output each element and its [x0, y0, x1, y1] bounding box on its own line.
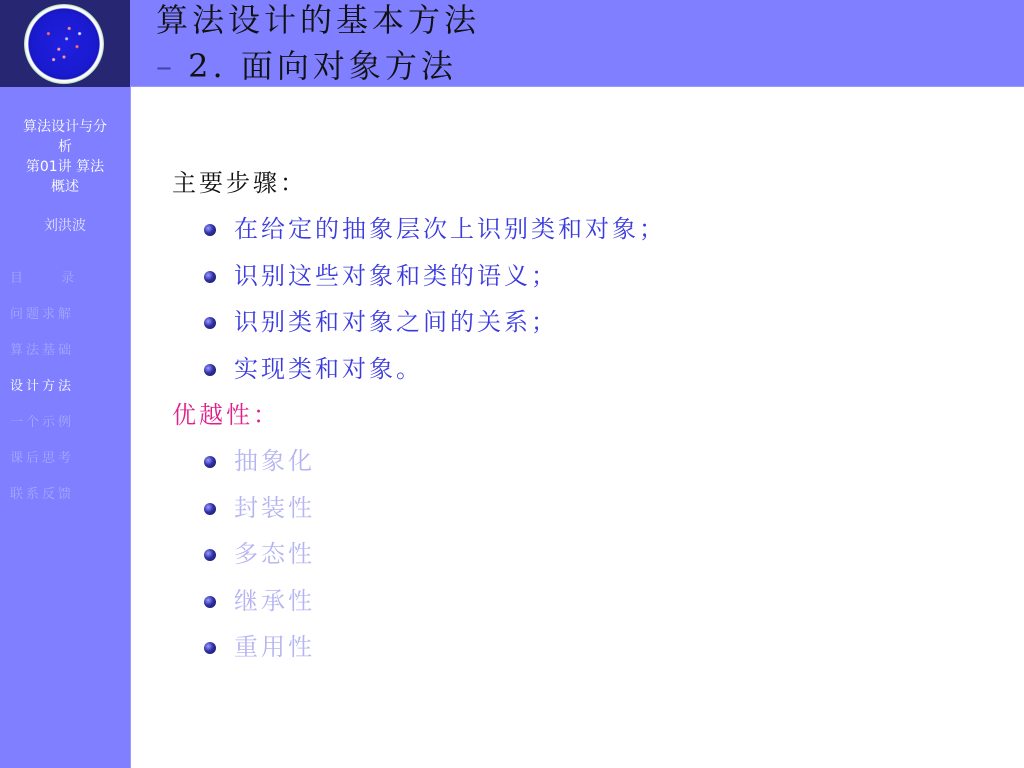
sidebar-nav: 目录 问题求解 算法基础 设计方法 一个示例 课后思考 联系反馈 — [10, 269, 125, 521]
list-item: 重用性 — [202, 624, 992, 671]
subtitle-dash: – — [156, 47, 174, 85]
list-item-text: 识别类和对象之间的关系； — [234, 308, 558, 336]
slide-title: 算法设计的基本方法 — [156, 0, 480, 40]
slide-header: 算法设计的基本方法 – 2. 面向对象方法 — [130, 0, 1024, 87]
list-item-text: 抽象化 — [234, 447, 315, 475]
advantages-list: 抽象化 封装性 多态性 继承性 重用性 — [172, 438, 992, 671]
course-title: 算法设计与分 析 第01讲 算法 概述 — [0, 117, 130, 197]
university-logo — [24, 4, 104, 84]
nav-item-design-methods[interactable]: 设计方法 — [10, 377, 125, 413]
list-item-text: 重用性 — [234, 633, 315, 661]
list-item: 在给定的抽象层次上识别类和对象； — [202, 206, 992, 253]
course-title-line: 算法设计与分 — [0, 117, 130, 137]
course-title-line: 第01讲 算法 — [0, 157, 130, 177]
bullet-icon — [204, 364, 216, 376]
slide-content: 主要步骤： 在给定的抽象层次上识别类和对象； 识别这些对象和类的语义； 识别类和… — [172, 160, 992, 671]
author-name: 刘洪波 — [0, 215, 130, 235]
nav-item-contents[interactable]: 目录 — [10, 269, 125, 305]
nav-item-homework[interactable]: 课后思考 — [10, 449, 125, 485]
list-item: 多态性 — [202, 531, 992, 578]
slide-subtitle: – 2. 面向对象方法 — [156, 46, 457, 86]
list-item-text: 继承性 — [234, 587, 315, 615]
list-item: 抽象化 — [202, 438, 992, 485]
bullet-icon — [204, 642, 216, 654]
course-title-line: 概述 — [0, 177, 130, 197]
list-item-text: 在给定的抽象层次上识别类和对象； — [234, 215, 666, 243]
advantages-heading: 优越性： — [172, 392, 992, 438]
nav-item-feedback[interactable]: 联系反馈 — [10, 485, 125, 521]
nav-item-problem-solving[interactable]: 问题求解 — [10, 305, 125, 341]
list-item: 识别类和对象之间的关系； — [202, 299, 992, 346]
bullet-icon — [204, 456, 216, 468]
logo-panel — [0, 0, 130, 87]
list-item: 继承性 — [202, 578, 992, 625]
bullet-icon — [204, 317, 216, 329]
steps-list: 在给定的抽象层次上识别类和对象； 识别这些对象和类的语义； 识别类和对象之间的关… — [172, 206, 992, 392]
nav-item-algorithm-basics[interactable]: 算法基础 — [10, 341, 125, 377]
list-item: 封装性 — [202, 485, 992, 532]
list-item-text: 封装性 — [234, 494, 315, 522]
sidebar: 算法设计与分 析 第01讲 算法 概述 刘洪波 目录 问题求解 算法基础 设计方… — [0, 87, 131, 768]
list-item: 识别这些对象和类的语义； — [202, 253, 992, 300]
list-item: 实现类和对象。 — [202, 346, 992, 393]
bullet-icon — [204, 224, 216, 236]
bullet-icon — [204, 503, 216, 515]
bullet-icon — [204, 549, 216, 561]
bullet-icon — [204, 271, 216, 283]
course-title-line: 析 — [0, 137, 130, 157]
list-item-text: 多态性 — [234, 540, 315, 568]
list-item-text: 识别这些对象和类的语义； — [234, 262, 558, 290]
subtitle-text: 2. 面向对象方法 — [188, 47, 457, 85]
list-item-text: 实现类和对象。 — [234, 355, 423, 383]
bullet-icon — [204, 596, 216, 608]
nav-item-example[interactable]: 一个示例 — [10, 413, 125, 449]
steps-heading: 主要步骤： — [172, 160, 992, 206]
